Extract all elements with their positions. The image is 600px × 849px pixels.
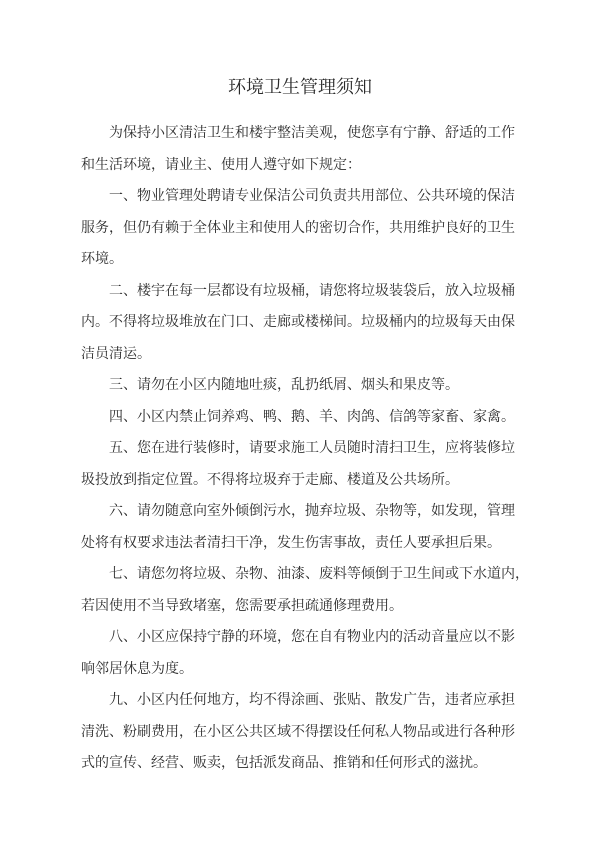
paragraph-line: 环境。 — [81, 244, 521, 276]
rule-6: 六、请勿随意向室外倾倒污水，抛弃垃圾、杂物等，如发现，管理 处将有权要求违法者清… — [81, 496, 521, 559]
paragraph-line: 五、您在进行装修时，请要求施工人员随时清扫卫生，应将装修垃 — [81, 433, 521, 465]
rule-4: 四、小区内禁止饲养鸡、鸭、鹅、羊、肉鸽、信鸽等家畜、家禽。 — [81, 402, 521, 434]
rule-9: 九、小区内任何地方，均不得涂画、张贴、散发广告，违者应承担 清洗、粉刷费用，在小… — [81, 685, 521, 780]
paragraph-line: 式的宣传、经营、贩卖，包括派发商品、推销和任何形式的滋扰。 — [81, 748, 521, 780]
paragraph-line: 三、请勿在小区内随地吐痰，乱扔纸屑、烟头和果皮等。 — [81, 370, 521, 402]
paragraph-line: 九、小区内任何地方，均不得涂画、张贴、散发广告，违者应承担 — [81, 685, 521, 717]
paragraph-line: 七、请您勿将垃圾、杂物、油漆、废料等倾倒于卫生间或下水道内， — [81, 559, 521, 591]
paragraph-line: 二、楼宇在每一层都设有垃圾桶，请您将垃圾装袋后，放入垃圾桶 — [81, 276, 521, 308]
paragraph-line: 响邻居休息为度。 — [81, 654, 521, 686]
document-title: 环境卫生管理须知 — [0, 76, 600, 100]
paragraph-line: 圾投放到指定位置。不得将垃圾弃于走廊、楼道及公共场所。 — [81, 465, 521, 497]
paragraph-line: 六、请勿随意向室外倾倒污水，抛弃垃圾、杂物等，如发现，管理 — [81, 496, 521, 528]
paragraph-line: 八、小区应保持宁静的环境，您在自有物业内的活动音量应以不影 — [81, 622, 521, 654]
rule-2: 二、楼宇在每一层都设有垃圾桶，请您将垃圾装袋后，放入垃圾桶 内。不得将垃圾堆放在… — [81, 276, 521, 371]
paragraph-line: 服务，但仍有赖于全体业主和使用人的密切合作，共用维护良好的卫生 — [81, 213, 521, 245]
paragraph-line: 清洗、粉刷费用，在小区公共区域不得摆设任何私人物品或进行各种形 — [81, 717, 521, 749]
paragraph-intro: 为保持小区清洁卫生和楼宇整洁美观，使您享有宁静、舒适的工作 和生活环境，请业主、… — [81, 118, 521, 181]
paragraph-line: 洁员清运。 — [81, 339, 521, 371]
document-page: 环境卫生管理须知 为保持小区清洁卫生和楼宇整洁美观，使您享有宁静、舒适的工作 和… — [0, 0, 600, 849]
rule-3: 三、请勿在小区内随地吐痰，乱扔纸屑、烟头和果皮等。 — [81, 370, 521, 402]
paragraph-line: 内。不得将垃圾堆放在门口、走廊或楼梯间。垃圾桶内的垃圾每天由保 — [81, 307, 521, 339]
rule-7: 七、请您勿将垃圾、杂物、油漆、废料等倾倒于卫生间或下水道内， 若因使用不当导致堵… — [81, 559, 521, 622]
paragraph-line: 一、物业管理处聘请专业保洁公司负责共用部位、公共环境的保洁 — [81, 181, 521, 213]
rule-1: 一、物业管理处聘请专业保洁公司负责共用部位、公共环境的保洁 服务，但仍有赖于全体… — [81, 181, 521, 276]
rule-8: 八、小区应保持宁静的环境，您在自有物业内的活动音量应以不影 响邻居休息为度。 — [81, 622, 521, 685]
paragraph-line: 若因使用不当导致堵塞，您需要承担疏通修理费用。 — [81, 591, 521, 623]
paragraph-line: 四、小区内禁止饲养鸡、鸭、鹅、羊、肉鸽、信鸽等家畜、家禽。 — [81, 402, 521, 434]
rule-5: 五、您在进行装修时，请要求施工人员随时清扫卫生，应将装修垃 圾投放到指定位置。不… — [81, 433, 521, 496]
paragraph-line: 为保持小区清洁卫生和楼宇整洁美观，使您享有宁静、舒适的工作 — [81, 118, 521, 150]
document-body: 为保持小区清洁卫生和楼宇整洁美观，使您享有宁静、舒适的工作 和生活环境，请业主、… — [81, 118, 521, 780]
paragraph-line: 处将有权要求违法者清扫干净，发生伤害事故，责任人要承担后果。 — [81, 528, 521, 560]
paragraph-line: 和生活环境，请业主、使用人遵守如下规定： — [81, 150, 521, 182]
